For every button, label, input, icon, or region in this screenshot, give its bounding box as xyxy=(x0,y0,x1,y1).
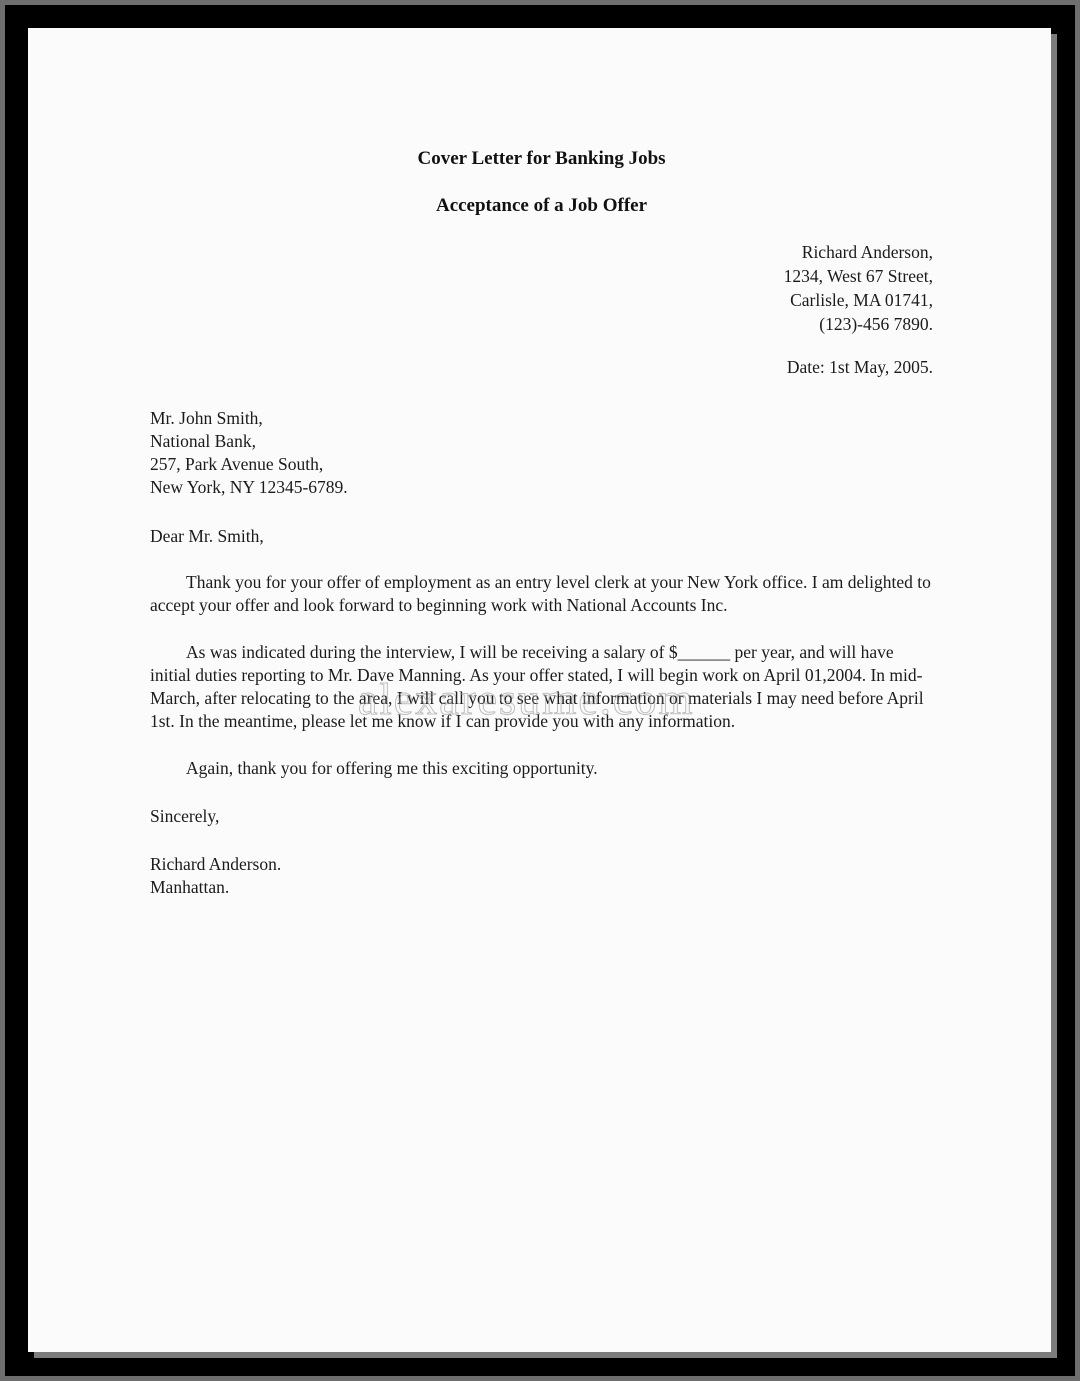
salutation: Dear Mr. Smith, xyxy=(150,525,933,548)
recipient-name: Mr. John Smith, xyxy=(150,407,933,430)
letter-date: Date: 1st May, 2005. xyxy=(150,355,933,379)
recipient-street: 257, Park Avenue South, xyxy=(150,453,933,476)
letter-subtitle: Acceptance of a Job Offer xyxy=(150,195,933,217)
letter-page: alexaresume.com Cover Letter for Banking… xyxy=(28,28,1051,1352)
signature-name: Richard Anderson. xyxy=(150,853,933,876)
recipient-city: New York, NY 12345-6789. xyxy=(150,476,933,499)
framed-document-canvas: alexaresume.com Cover Letter for Banking… xyxy=(0,0,1080,1381)
sender-address-block: Richard Anderson, 1234, West 67 Street, … xyxy=(150,240,933,336)
signature-city: Manhattan. xyxy=(150,876,933,899)
body-paragraph-2: As was indicated during the interview, I… xyxy=(150,641,933,733)
body-paragraph-1: Thank you for your offer of employment a… xyxy=(150,571,933,617)
letter-content: Cover Letter for Banking Jobs Acceptance… xyxy=(28,28,1051,899)
recipient-company: National Bank, xyxy=(150,430,933,453)
recipient-address-block: Mr. John Smith, National Bank, 257, Park… xyxy=(150,407,933,499)
letter-title: Cover Letter for Banking Jobs xyxy=(150,148,933,170)
body-paragraph-3: Again, thank you for offering me this ex… xyxy=(150,757,933,780)
sender-street: 1234, West 67 Street, xyxy=(150,264,933,288)
closing-sincerely: Sincerely, xyxy=(150,805,933,828)
sender-phone: (123)-456 7890. xyxy=(150,312,933,336)
sender-name: Richard Anderson, xyxy=(150,240,933,264)
signature-block: Richard Anderson. Manhattan. xyxy=(150,853,933,899)
sender-city: Carlisle, MA 01741, xyxy=(150,288,933,312)
